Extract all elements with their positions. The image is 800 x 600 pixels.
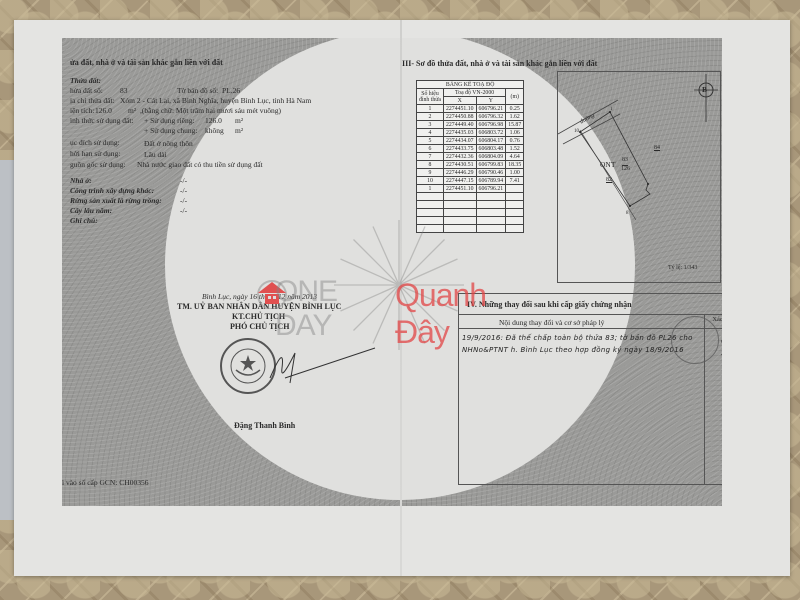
land-type: ONT [600, 160, 615, 169]
coord-cell-d: 1.00 [506, 169, 524, 177]
registration-office-stamp [671, 316, 719, 364]
handwritten-entry-line1: 19/9/2016: Đã thế chấp toàn bộ thửa 83; … [462, 334, 693, 343]
area-unit: m² [128, 106, 136, 115]
asset-label: Công trình xây dựng khác: [70, 186, 154, 195]
section4-title: IV. Những thay đổi sau khi cấp giấy chứn… [467, 300, 632, 309]
coord-cell-d: 7.41 [506, 177, 524, 185]
map-sheet: PL.26 [222, 86, 240, 95]
coord-cell-empty [476, 201, 506, 209]
coord-table-title: BẢNG KÊ TOẠ ĐỘ [417, 81, 524, 89]
coord-row: 92274446.29606790.461.00 [417, 169, 524, 177]
vertex-label: 1 [610, 105, 613, 114]
coord-cell-pt: 9 [417, 169, 444, 177]
col-system: Toạ độ VN-2000 [444, 89, 506, 97]
col-y: Y [476, 97, 506, 105]
private-use-value: 126.0 [205, 116, 222, 125]
coord-row: 22274450.88606796.321.62 [417, 113, 524, 121]
section3-title: III- Sơ đồ thửa đất, nhà ở và tài sản kh… [402, 59, 597, 68]
common-use-label: + Sử dụng chung: [144, 126, 198, 135]
coord-row-empty [417, 201, 524, 209]
signer-name: Đặng Thanh Bình [234, 421, 295, 430]
col-point: Số hiệu đỉnh thửa [417, 89, 444, 105]
map-parcel-area: 126 [621, 165, 630, 174]
asset-label: Ghi chú: [70, 216, 98, 225]
coord-cell-empty [476, 193, 506, 201]
usage-form-label: ình thức sử dụng đất: [70, 116, 134, 125]
coord-cell-empty [476, 225, 506, 233]
parcel-no: 83 [120, 86, 128, 95]
coord-cell-x: 2274434.07 [444, 137, 477, 145]
address: Xóm 2 - Cát Lai, xã Bình Nghĩa, huyện Bì… [120, 96, 311, 105]
coord-cell-empty [417, 201, 444, 209]
vertex-label: 8 [626, 209, 629, 218]
coord-cell-y: 606790.46 [476, 169, 506, 177]
registry-number: ì vào sổ cấp GCN: CH00356 [62, 478, 148, 487]
coord-cell-empty [506, 209, 524, 217]
coord-cell-empty [444, 209, 477, 217]
coord-cell-y: 606804.09 [476, 153, 506, 161]
confirm-signer: TRỊNH MINH MẠNH [721, 352, 722, 361]
parcel-heading: Thửa đất: [70, 76, 101, 85]
asset-label: Rừng sản xuất là rừng trồng: [70, 196, 162, 205]
coord-cell-d: 18.35 [506, 161, 524, 169]
area-label: iện tích: [70, 106, 94, 115]
coord-cell-pt: 2 [417, 113, 444, 121]
address-label: ịa chỉ thửa đất: [70, 96, 115, 105]
area-value: 126.0 [95, 106, 112, 115]
coord-cell-pt: 4 [417, 129, 444, 137]
parcel-no-label: hửa đất số: [70, 86, 103, 95]
coord-row: 12274451.10606796.210.25 [417, 105, 524, 113]
parcel-sketch [558, 72, 720, 282]
private-use-unit: m² [235, 116, 243, 125]
term-label: hời hạn sử dụng: [70, 149, 120, 158]
vertex-label: 10 [574, 127, 579, 136]
coord-cell-empty [506, 201, 524, 209]
col-content-header: Nội dung thay đổi và cơ sở pháp lý [499, 318, 604, 327]
coord-cell-pt: 7 [417, 153, 444, 161]
coord-cell-y: 606799.83 [476, 161, 506, 169]
handwritten-entry-line2: NHNo&PTNT h. Bình Lục theo hợp đồng ký n… [462, 346, 684, 355]
purpose-label: ục đích sử dụng: [70, 138, 120, 147]
map-sheet-label: Tờ bản đồ số: [177, 86, 218, 95]
asset-label: Cây lâu năm: [70, 206, 112, 215]
coord-cell-d: 0.25 [506, 105, 524, 113]
coord-cell-x: 2274451.10 [444, 185, 477, 193]
asset-value: -/- [180, 206, 187, 215]
coord-row: 72274432.36606804.094.64 [417, 153, 524, 161]
coord-cell-pt: 1 [417, 185, 444, 193]
col-distance: (m) [506, 89, 524, 105]
neighbor-west: 82 [606, 176, 612, 185]
coord-cell-y: 606804.17 [476, 137, 506, 145]
area-words: ,(bằng chữ: Một trăm hai mươi sáu mét vu… [140, 106, 281, 115]
coord-cell-x: 2274430.51 [444, 161, 477, 169]
parcel-map: B đường 1 10 8 ONT 83 126 84 82 Tỷ lệ: 1… [557, 71, 721, 283]
coord-cell-y: 606803.48 [476, 145, 506, 153]
coordinate-table: BẢNG KÊ TOẠ ĐỘ Số hiệu đỉnh thửa Toạ độ … [416, 80, 524, 233]
coord-cell-y: 606796.32 [476, 113, 506, 121]
coord-cell-empty [444, 193, 477, 201]
coord-row: 62274433.75606803.481.52 [417, 145, 524, 153]
confirm-title: GIÁM ĐỐC VĂN PHÒNG [721, 338, 722, 347]
purpose-value: Đất ở nông thôn [144, 139, 193, 148]
coord-cell-empty [506, 193, 524, 201]
coord-cell-d: 0.76 [506, 137, 524, 145]
coord-cell-pt: 3 [417, 121, 444, 129]
common-use-unit: m² [235, 126, 243, 135]
coord-cell-x: 2274446.29 [444, 169, 477, 177]
coord-cell-d: 1.62 [506, 113, 524, 121]
coord-cell-empty [444, 201, 477, 209]
neighbor-east: 84 [654, 144, 660, 153]
coord-cell-empty [417, 193, 444, 201]
coord-row: 42274435.03606803.721.06 [417, 129, 524, 137]
coord-cell-y: 606796.98 [476, 121, 506, 129]
coord-cell-x: 2274451.10 [444, 105, 477, 113]
coord-cell-pt: 1 [417, 105, 444, 113]
coord-cell-d: 4.64 [506, 153, 524, 161]
coord-row-empty [417, 209, 524, 217]
coord-row: 82274430.51606799.8318.35 [417, 161, 524, 169]
coord-row: 12274451.10606796.21 [417, 185, 524, 193]
private-use-label: + Sử dụng riêng: [144, 116, 195, 125]
coord-cell-d: 1.06 [506, 129, 524, 137]
north-label: B [702, 85, 707, 94]
coord-cell-empty [506, 217, 524, 225]
coord-cell-y: 606803.72 [476, 129, 506, 137]
coord-cell-pt: 10 [417, 177, 444, 185]
coord-cell-empty [476, 209, 506, 217]
watermark-brand-gray: ONE DAY [275, 275, 337, 343]
coord-cell-y: 606796.21 [476, 185, 506, 193]
coord-cell-empty [506, 225, 524, 233]
coord-cell-x: 2274432.36 [444, 153, 477, 161]
coord-row: 102274447.15606789.947.41 [417, 177, 524, 185]
coord-cell-y: 606796.21 [476, 105, 506, 113]
coord-cell-x: 2274435.03 [444, 129, 477, 137]
coord-cell-empty [476, 217, 506, 225]
coord-cell-empty [417, 209, 444, 217]
asset-value: -/- [180, 176, 187, 185]
coord-cell-x: 2274450.88 [444, 113, 477, 121]
map-scale: Tỷ lệ: 1/343 [668, 264, 697, 273]
origin-value: Nhà nước giao đất có thu tiền sử dụng đấ… [137, 160, 263, 169]
origin-label: guồn gốc sử dụng: [70, 160, 126, 169]
coord-row-empty [417, 193, 524, 201]
coord-cell-d: 1.52 [506, 145, 524, 153]
asset-value: -/- [180, 186, 187, 195]
section-title: ửa đất, nhà ở và tài sản khác gắn liền v… [70, 58, 223, 67]
changes-section: IV. Những thay đổi sau khi cấp giấy chứn… [458, 293, 722, 485]
coord-cell-x: 2274433.75 [444, 145, 477, 153]
common-use-value: không [205, 126, 224, 135]
coord-cell-y: 606789.94 [476, 177, 506, 185]
watermark-brand-red: Quanh Đây [395, 277, 486, 351]
coord-cell-x: 2274447.15 [444, 177, 477, 185]
coord-cell-pt: 5 [417, 137, 444, 145]
coord-cell-pt: 8 [417, 161, 444, 169]
col-x: X [444, 97, 477, 105]
coord-cell-d: 15.87 [506, 121, 524, 129]
coord-cell-d [506, 185, 524, 193]
coord-row: 32274449.40606796.9815.87 [417, 121, 524, 129]
asset-value: -/- [180, 196, 187, 205]
term-value: Lâu dài [144, 150, 167, 159]
coord-cell-pt: 6 [417, 145, 444, 153]
asset-label: Nhà ở: [70, 176, 92, 185]
coord-cell-x: 2274449.40 [444, 121, 477, 129]
coord-row: 52274434.07606804.170.76 [417, 137, 524, 145]
